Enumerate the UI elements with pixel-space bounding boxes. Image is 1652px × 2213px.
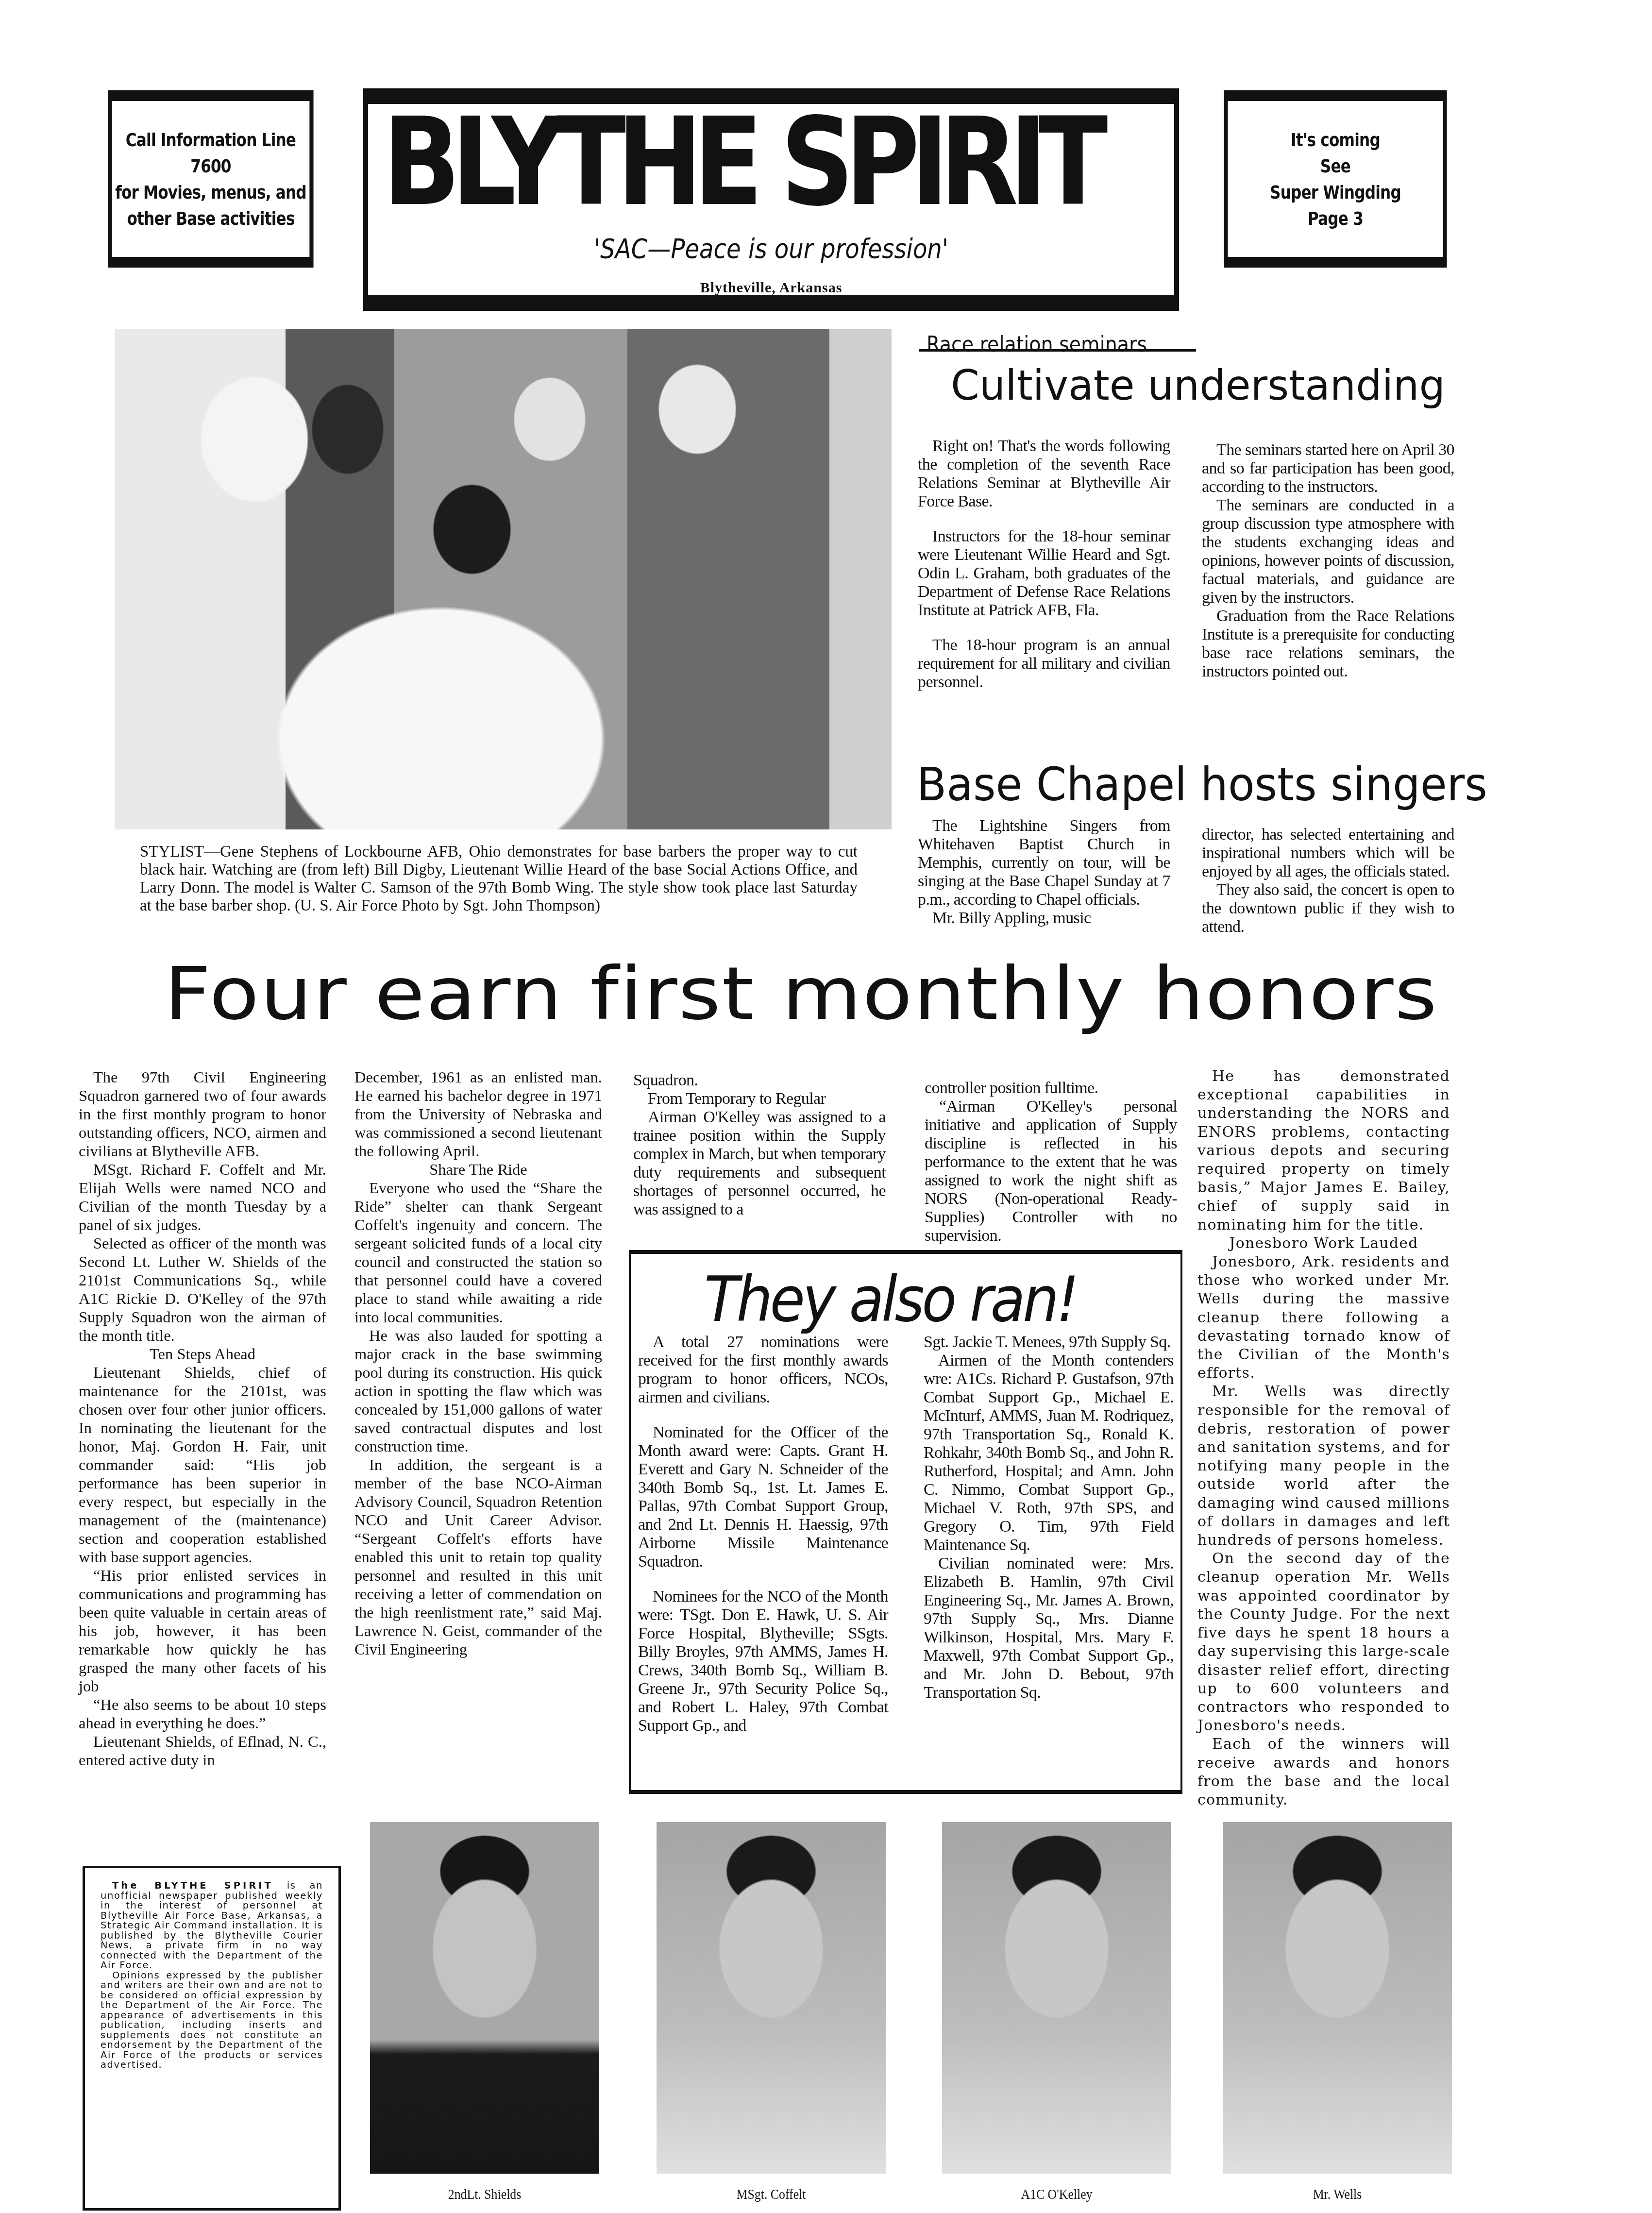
paragraph: Each of the winners will receive awards … — [1197, 1735, 1450, 1809]
portrait-shields — [370, 1822, 599, 2174]
portrait-caption: 2ndLt. Shields — [386, 2186, 583, 2203]
race-seminars-column-2: The seminars started here on April 30 an… — [1202, 441, 1454, 681]
portrait-wells — [1223, 1822, 1452, 2174]
ear-line: Super Wingding — [1270, 179, 1401, 205]
paragraph: In addition, the sergeant is a member of… — [354, 1456, 602, 1659]
portrait-caption: Mr. Wells — [1239, 2186, 1436, 2203]
paragraph: The Lightshine Singers from Whitehaven B… — [918, 817, 1170, 909]
flag-text: is an unofficial newspaper published wee… — [101, 1880, 323, 1971]
paragraph: “His prior enlisted services in communic… — [79, 1567, 326, 1696]
paragraph: A total 27 nominations were received for… — [638, 1333, 888, 1407]
paragraph: Instructors for the 18-hour seminar were… — [918, 527, 1170, 620]
paragraph: “Airman O'Kelley's personal initiative a… — [925, 1098, 1177, 1245]
paragraph: The 97th Civil Engineering Squadron garn… — [79, 1068, 326, 1161]
paragraph: controller position fulltime. — [925, 1079, 1177, 1098]
paragraph: director, has selected entertaining and … — [1202, 826, 1454, 881]
paragraph: “He also seems to be about 10 steps ahea… — [79, 1696, 326, 1733]
information-line-ear: Call Information Line 7600 for Movies, m… — [108, 90, 313, 268]
newspaper-motto: 'SAC—Peace is our profession' — [424, 233, 1118, 265]
paragraph: Mr. Billy Appling, music — [918, 909, 1170, 928]
portrait-coffelt — [657, 1822, 886, 2174]
ear-line: It's coming — [1291, 127, 1380, 153]
flag-text: Opinions expressed by the publisher and … — [101, 1971, 323, 2070]
honors-column-3: Squadron. From Temporary to Regular Airm… — [633, 1071, 886, 1219]
paragraph: Nominated for the Officer of the Month a… — [638, 1423, 888, 1571]
subhead-share-the-ride: Share The Ride — [354, 1161, 602, 1179]
chapel-column-2: director, has selected entertaining and … — [1202, 826, 1454, 936]
also-ran-column-2: Sgt. Jackie T. Menees, 97th Supply Sq. A… — [924, 1333, 1174, 1702]
paragraph: Jonesboro, Ark. residents and those who … — [1197, 1253, 1450, 1383]
subhead-temporary-to-regular: From Temporary to Regular — [633, 1090, 886, 1108]
honors-column-4: controller position fulltime. “Airman O'… — [925, 1079, 1177, 1245]
paragraph: The seminars are conducted in a group di… — [1202, 496, 1454, 607]
paragraph: Airman O'Kelley was assigned to a traine… — [633, 1108, 886, 1219]
paragraph: Selected as officer of the month was Sec… — [79, 1234, 326, 1345]
paragraph: He has demonstrated exceptional capabili… — [1197, 1067, 1450, 1234]
honors-column-5: He has demonstrated exceptional capabili… — [1197, 1067, 1450, 1809]
kicker-race-relations: Race relation seminars — [927, 332, 1147, 357]
nameplate: BLYTHE SPIRIT 'SAC—Peace is our professi… — [363, 88, 1179, 311]
honors-column-2: December, 1961 as an enlisted man. He ea… — [354, 1068, 602, 1659]
subhead-ten-steps-ahead: Ten Steps Ahead — [79, 1345, 326, 1364]
headline-they-also-ran: They also ran! — [704, 1264, 1077, 1336]
headline-cultivate-understanding: Cultivate understanding — [951, 361, 1445, 410]
paragraph: MSgt. Richard F. Coffelt and Mr. Elijah … — [79, 1161, 326, 1234]
paragraph: The seminars started here on April 30 an… — [1202, 441, 1454, 496]
paragraph: Lieutenant Shields, of Eflnad, N. C., en… — [79, 1733, 326, 1770]
ear-line: Call Information Line — [126, 127, 296, 153]
headline-four-earn-honors: Four earn first monthly honors — [164, 952, 1438, 1036]
paragraph: Civilian nominated were: Mrs. Elizabeth … — [924, 1554, 1174, 1702]
barber-shop-photo — [115, 329, 892, 829]
paragraph: Graduation from the Race Relations Insti… — [1202, 607, 1454, 681]
portrait-caption: MSgt. Coffelt — [673, 2186, 870, 2203]
paragraph: Lieutenant Shields, chief of maintenance… — [79, 1364, 326, 1567]
paragraph: Squadron. — [633, 1071, 886, 1090]
paragraph: On the second day of the cleanup operati… — [1197, 1550, 1450, 1735]
paragraph: He was also lauded for spotting a major … — [354, 1327, 602, 1456]
super-wingding-ear: It's coming See Super Wingding Page 3 — [1224, 90, 1447, 268]
portrait-okelley — [942, 1822, 1171, 2174]
also-ran-column-1: A total 27 nominations were received for… — [638, 1333, 888, 1735]
newspaper-title: BLYTHE SPIRIT — [383, 114, 1035, 211]
portrait-caption: A1C O'Kelley — [958, 2186, 1155, 2203]
photo-caption: STYLIST—Gene Stephens of Lockbourne AFB,… — [140, 843, 858, 915]
ear-line: Page 3 — [1308, 205, 1363, 232]
ear-line: 7600 — [190, 153, 231, 179]
publication-statement-box: The BLYTHE SPIRIT is an unofficial newsp… — [83, 1866, 341, 2211]
paragraph: Right on! That's the words following the… — [918, 437, 1170, 511]
ear-line: for Movies, menus, and — [115, 179, 306, 205]
ear-line: other Base activities — [127, 205, 294, 232]
honors-column-1: The 97th Civil Engineering Squadron garn… — [79, 1068, 326, 1770]
paragraph: December, 1961 as an enlisted man. He ea… — [354, 1068, 602, 1161]
paragraph: Sgt. Jackie T. Menees, 97th Supply Sq. — [924, 1333, 1174, 1351]
subhead-jonesboro-work-lauded: Jonesboro Work Lauded — [1197, 1234, 1450, 1253]
paragraph: Airmen of the Month contenders wre: A1Cs… — [924, 1351, 1174, 1554]
race-seminars-column-1: Right on! That's the words following the… — [918, 437, 1170, 692]
paragraph: Mr. Wells was directly responsible for t… — [1197, 1383, 1450, 1550]
kicker-rule — [919, 349, 1196, 352]
paragraph: Everyone who used the “Share the Ride” s… — [354, 1179, 602, 1327]
headline-base-chapel: Base Chapel hosts singers — [917, 759, 1487, 811]
chapel-column-1: The Lightshine Singers from Whitehaven B… — [918, 817, 1170, 928]
paragraph: They also said, the concert is open to t… — [1202, 881, 1454, 936]
paragraph: Nominees for the NCO of the Month were: … — [638, 1588, 888, 1735]
dateline-location: Blytheville, Arkansas — [368, 280, 1174, 296]
ear-line: See — [1320, 153, 1350, 179]
paragraph: The 18-hour program is an annual require… — [918, 636, 1170, 692]
